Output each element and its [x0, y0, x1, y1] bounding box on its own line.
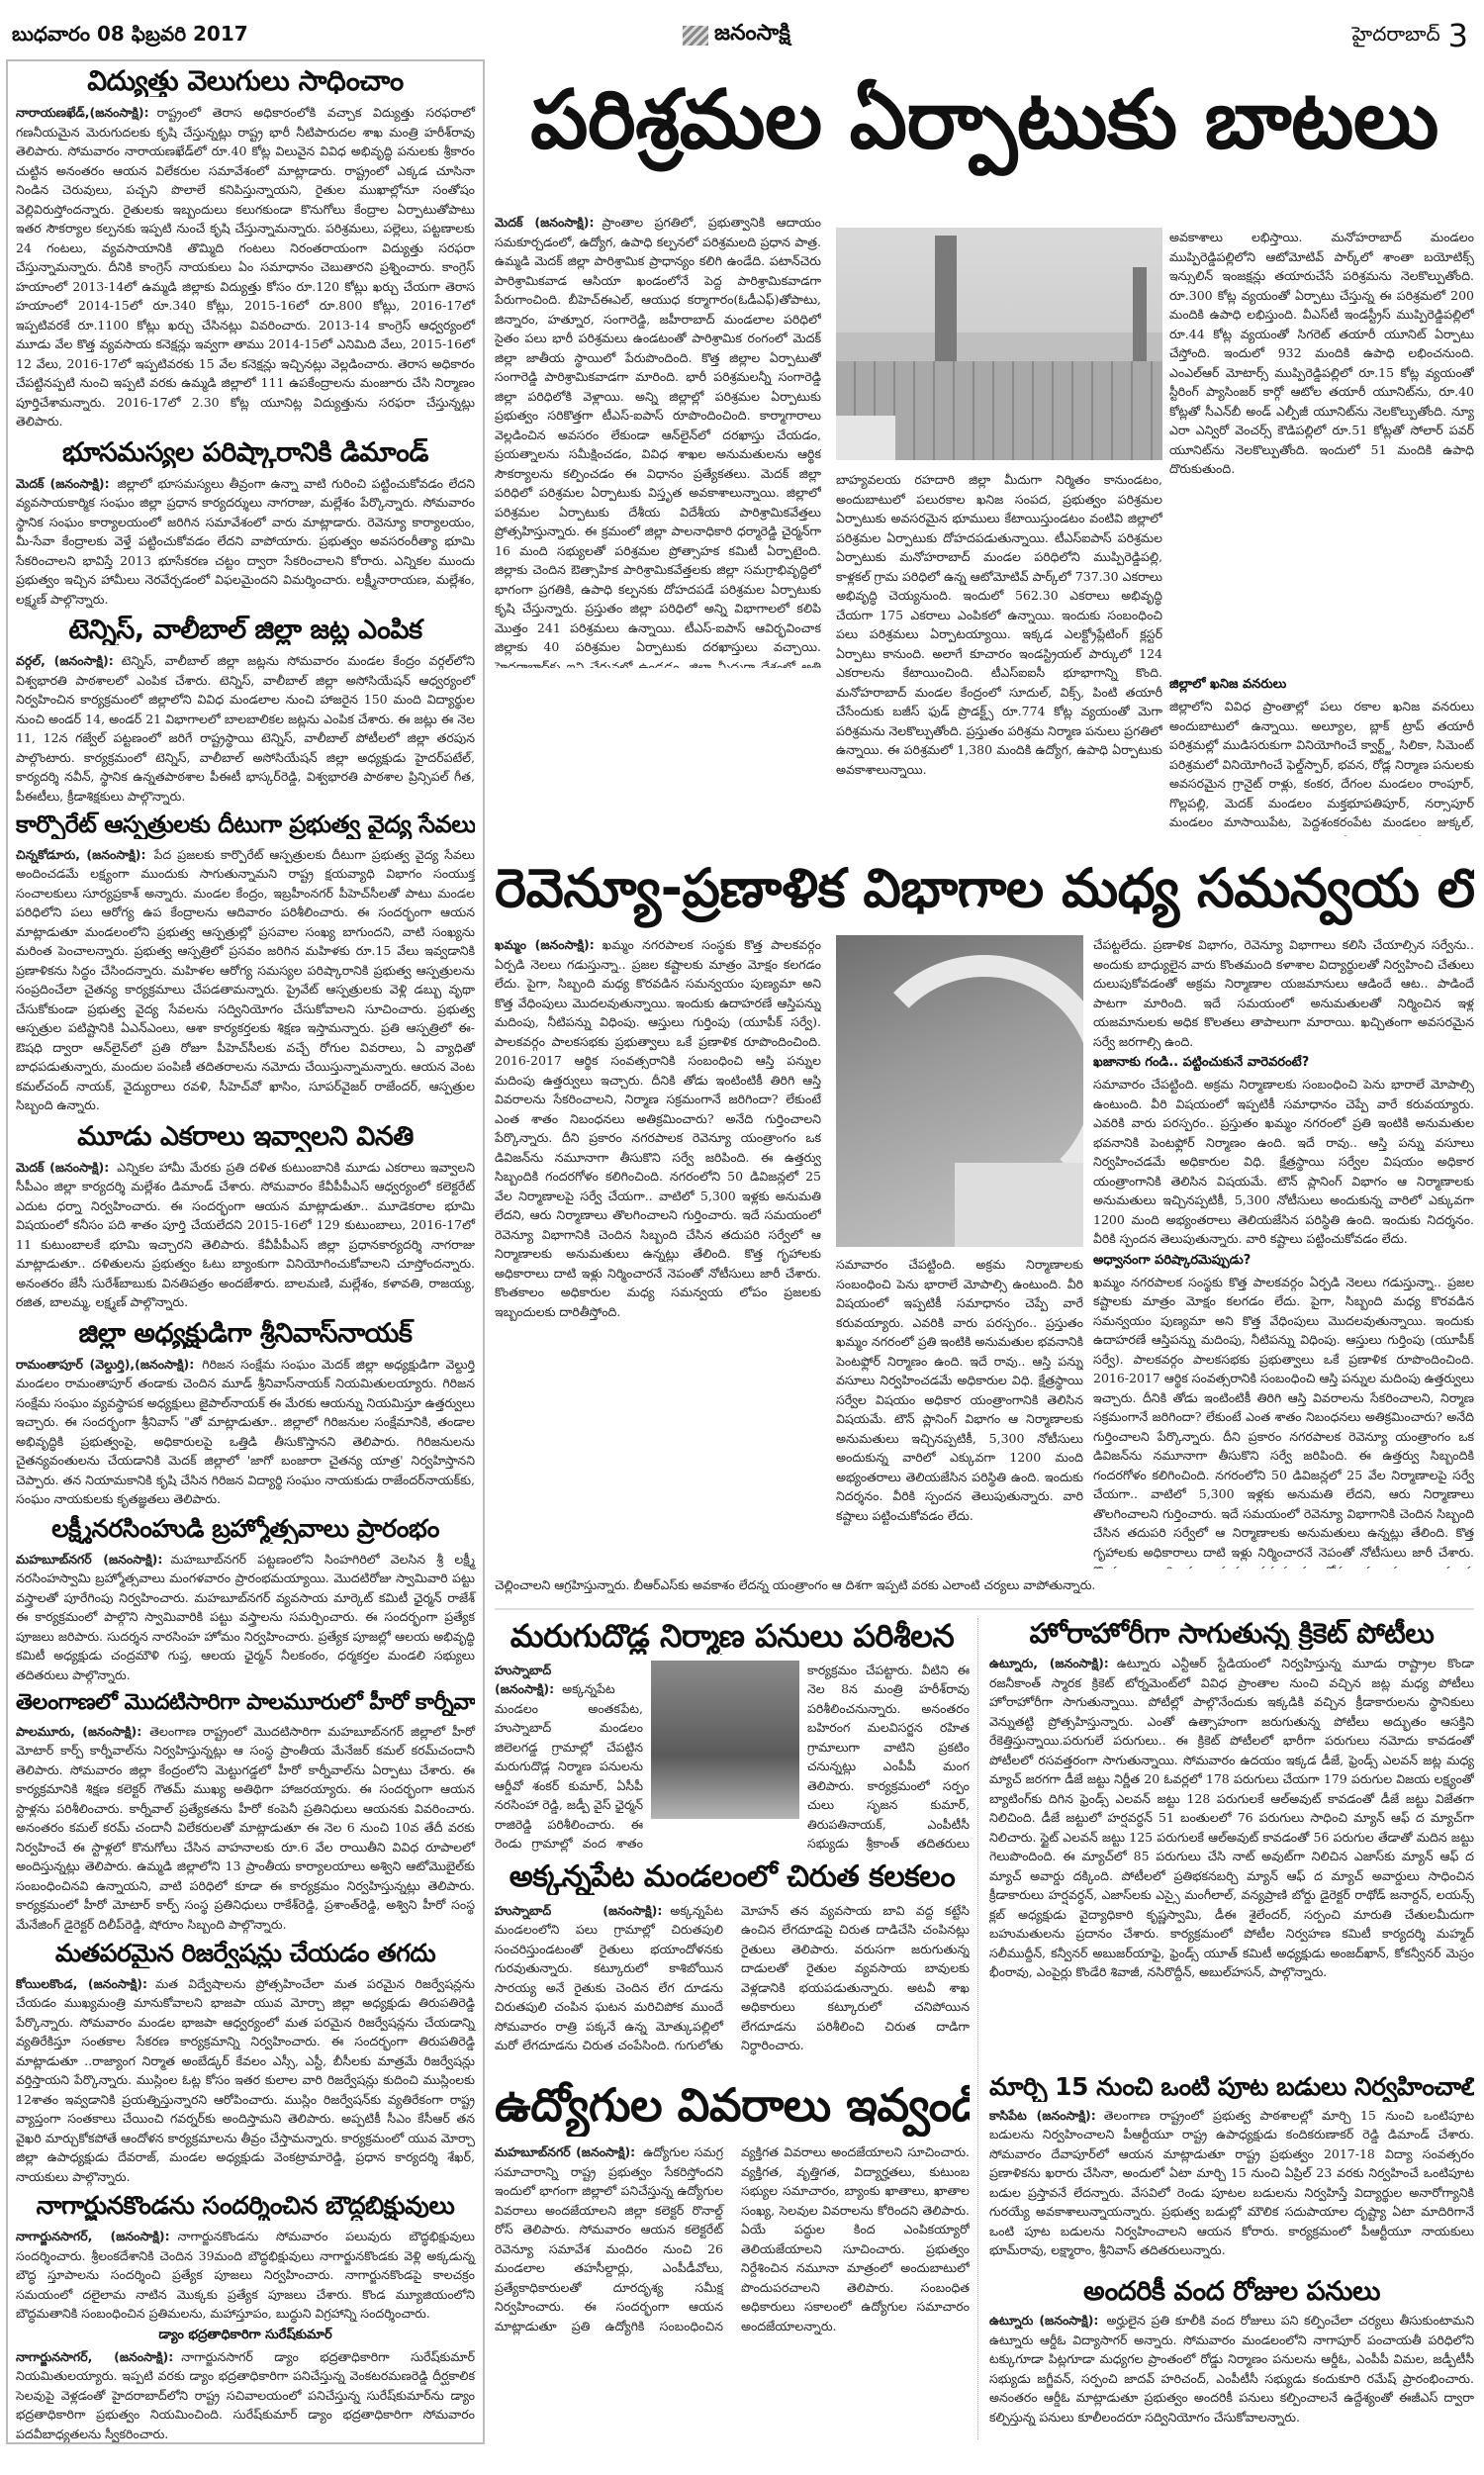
chimney-shape	[935, 236, 957, 374]
article-body: మత విద్వేషాలను ప్రోత్సహించేలా మత పరమైన ర…	[16, 1976, 475, 2184]
article-employee-details: ఉద్యోగుల వివరాలు ఇవ్వండి మహబూబ్‌నగర్ (జన…	[495, 2073, 970, 2439]
lead-body-left: మెదక్ (జనంసాక్షి):ప్రాంతాల ప్రగతిలో, ప్ర…	[495, 213, 821, 668]
bottom-right-divider	[977, 1618, 978, 2439]
article-body: ప్రాంతాల ప్రగతిలో, ప్రభుత్వానికి ఆదాయం స…	[495, 215, 821, 668]
article-body: సమావారం చేపట్టింది. అక్రమ నిర్మాణాలకు సం…	[1093, 1075, 1474, 1249]
headline: జిల్లా అధ్యక్షుడిగా శ్రీనివాస్‌నాయక్	[16, 1318, 475, 1349]
lead-body-middle: బాహ్యవలయ రహదారి జిల్లా మీదుగా నిర్మితం క…	[836, 470, 1162, 836]
headline: ఉద్యోగుల వివరాలు ఇవ్వండి	[495, 2073, 970, 2137]
second-closing-line: చెల్లించాలని ఆగ్రహిస్తున్నారు. బీఆర్ఎస్‌…	[495, 1575, 1474, 1595]
article-brahmotsavam: లక్ష్మీనరసింహుడి బ్రహ్మోత్సవాలు ప్రారంభం…	[16, 1515, 475, 1684]
headline: మూడు ఎకరాలు ఇవ్వాలని వినతి	[16, 1121, 475, 1152]
article-hero-carnival: తెలంగాణలో మొదటిసారిగా పాలమూరులో హీరో కార…	[16, 1690, 475, 1934]
municipal-office-gate-photo	[836, 935, 1083, 1247]
building-shape	[955, 1163, 1083, 1247]
dateline: నారాయణఖేడ్,(జనంసాక్షి):	[16, 105, 149, 120]
sub-headline: జిల్లాలో ఖనిజ వనరులు	[1169, 677, 1474, 695]
second-body-right: చేపట్టలేదు. ప్రణాళిక విభాగం, రెవెన్యూ వి…	[1093, 935, 1474, 1569]
article-body: ఎన్నికల హామీ మేరకు ప్రతి దళిత కుటుంబానిక…	[16, 1160, 475, 1310]
article-cricket: హోరాహోరీగా సాగుతున్న క్రికెట్ పోటీలు ఉట్…	[989, 1618, 1474, 2068]
dateline: రామంతాపూర్ (వెల్దుర్తి),(జనంసాక్షి):	[16, 1357, 194, 1372]
headline: విద్యుత్తు వెలుగులు సాధించాం	[16, 65, 475, 97]
article-body: టెన్నిస్, వాలీబాల్ జిల్లా జట్లను సోమవారం…	[16, 653, 475, 804]
sub-headline: అధ్వానంగా పరిష్కారమెప్పుడు?	[1093, 1253, 1474, 1271]
page-number: 3	[1448, 17, 1468, 54]
article-body: బాహ్యవలయ రహదారి జిల్లా మీదుగా నిర్మితం క…	[836, 472, 1162, 777]
dateline: నాగార్జునసాగర్, (జనంసాక్షి):	[16, 2349, 173, 2364]
headline: మతపరమైన రిజర్వేషన్లు చేయడం తగదు	[16, 1940, 475, 1968]
toilet-construction-inspection-photo	[651, 1661, 799, 1819]
headline: లక్ష్మీనరసింహుడి బ్రహ్మోత్సవాలు ప్రారంభం	[16, 1515, 475, 1544]
article-body: చేపట్టలేదు. ప్రణాళిక విభాగం, రెవెన్యూ వి…	[1093, 935, 1474, 1051]
second-body-middle: సమావారం చేపట్టింది. అక్రమ నిర్మాణాలకు సం…	[836, 1255, 1083, 1571]
dateline: చిన్నకోడూరు, (జనంసాక్షి):	[16, 847, 145, 862]
dateline: వర్గల్, (జనంసాక్షి):	[16, 653, 114, 668]
dateline: ఖమ్మం (జనంసాక్షి):	[495, 937, 595, 952]
article-leopard: అక్కన్నపేట మండలంలో చిరుత కలకలం హుస్నాబాద…	[495, 1860, 970, 2063]
lead-headline: పరిశ్రమల ఏర్పాటుకు బాటలు	[495, 61, 1474, 180]
article-body: సమావారం చేపట్టింది. అక్రమ నిర్మాణాలకు సం…	[836, 1257, 1083, 1523]
headline: భూసమస్యల పరిష్కారానికి డిమాండ్	[16, 437, 475, 468]
chimney-shape	[1133, 267, 1147, 376]
dateline: మెదక్ (జనంసాక్షి):	[16, 476, 110, 491]
article-tennis-volleyball: టెన్నిస్, వాలీబాల్ జిల్లా జట్ల ఎంపిక వర్…	[16, 615, 475, 806]
article-buddhist-monks: నాగార్జునకొండను సందర్శించిన బౌద్ధబిక్షువ…	[16, 2192, 475, 2443]
article-body: అక్కన్నపేట మండలంలోని పలు గ్రామాల్లో చిరు…	[495, 1903, 970, 2053]
headline: నాగార్జునకొండను సందర్శించిన బౌద్ధబిక్షువ…	[16, 2192, 475, 2221]
headline: హోరాహోరీగా సాగుతున్న క్రికెట్ పోటీలు	[989, 1618, 1474, 1650]
dateline: హుస్నాబాద్ (జనంసాక్షి):	[495, 1903, 662, 1918]
headline: అందరికీ వంద రోజుల పనులు	[989, 2276, 1474, 2307]
article-body: ఖమ్మం నగరపాలక సంస్థకు కొత్త పాలకవర్గం ఏర…	[1093, 1273, 1474, 1570]
article-religious-reservations: మతపరమైన రిజర్వేషన్లు చేయడం తగదు కోయిలకొం…	[16, 1940, 475, 2186]
article-half-day-schools: మార్చి 15 నుంచి ఒంటి పూట బడులు నిర్వహించ…	[989, 2073, 1474, 2276]
dateline: ఉట్నూరు, (జనంసాక్షి):	[989, 1656, 1109, 1670]
lead-body-right: అవకాశాలు లభిస్తాయి. మనోహరాబాద్ మండలం ముప…	[1169, 228, 1474, 668]
article-body: జిల్లాలోని వివిధ ప్రాంతాల్లో పలు రకాల ఖన…	[1169, 697, 1474, 836]
headline: కార్పొరేట్ ఆస్పత్రులకు దీటుగా ప్రభుత్వ వ…	[16, 811, 475, 839]
dateline: మెదక్ (జనంసాక్షి):	[16, 1160, 109, 1175]
headline: తెలంగాణలో మొదటిసారిగా పాలమూరులో హీరో కార…	[16, 1690, 475, 1715]
article-district-president: జిల్లా అధ్యక్షుడిగా శ్రీనివాస్‌నాయక్ రామ…	[16, 1318, 475, 1509]
article-body: అక్కన్నపేట మండలం అంతకపేట, హుస్నాబాద్ మండ…	[495, 1681, 643, 1856]
article-body: తెలంగాణ రాష్ట్రంలో మొదటిసారిగా మహబూబ్‌నగ…	[16, 1724, 475, 1932]
city-name: హైదరాబాద్	[1352, 22, 1440, 50]
dateline: హుస్నాబాద్ (జనంసాక్షి):	[495, 1663, 554, 1697]
article-body: తెలంగాణ రాష్ట్రంలో ప్రభుత్వ పాఠశాలల్లో మ…	[989, 2108, 1474, 2258]
sub-headline: ఖజానాకు గండి.. పట్టించుకునే వారెవరంటే?	[1093, 1055, 1474, 1073]
dateline: మహబూబ్‌నగర్ (జనంసాక్షి):	[495, 2144, 635, 2159]
dateline: మెదక్ (జనంసాక్షి):	[495, 215, 595, 230]
headline: మార్చి 15 నుంచి ఒంటి పూట బడులు నిర్వహించ…	[989, 2073, 1474, 2102]
sub-headline: డ్యాం భద్రతాధికారిగా సురేష్‌కుమార్	[16, 2328, 475, 2345]
article-body: అర్హులైన ప్రతి కూలీకి వంద రోజులు పని కల్…	[989, 2313, 1474, 2425]
dateline: మహబూబ్‌నగర్ (జనంసాక్షి):	[16, 1552, 162, 1567]
factory-photo	[836, 228, 1162, 460]
headline: మరుగుదొడ్ల నిర్మాణ పనులు పరిశీలన	[495, 1618, 970, 1655]
article-body: ఖమ్మం నగరపాలక సంస్థకు కొత్త పాలకవర్గం ఏర…	[495, 937, 821, 1319]
headline: అక్కన్నపేట మండలంలో చిరుత కలకలం	[495, 1860, 970, 1895]
masthead-logo: జనంసాక్షి	[683, 14, 790, 57]
second-headline: రెవెన్యూ-ప్రణాళిక విభాగాల మధ్య సమన్వయ లో…	[495, 849, 1474, 928]
article-three-acres: మూడు ఎకరాలు ఇవ్వాలని వినతి మెదక్ (జనంసాక…	[16, 1121, 475, 1312]
page-locator: హైదరాబాద్ 3	[1352, 14, 1468, 57]
article-govt-medical: కార్పొరేట్ ఆస్పత్రులకు దీటుగా ప్రభుత్వ వ…	[16, 811, 475, 1115]
article-electricity: విద్యుత్తు వెలుగులు సాధించాం నారాయణఖేడ్,…	[16, 65, 475, 431]
left-news-column: విద్యుత్తు వెలుగులు సాధించాం నారాయణఖేడ్,…	[6, 59, 485, 2444]
lead-mineral-section: జిల్లాలో ఖనిజ వనరులు జిల్లాలోని వివిధ ప్…	[1169, 673, 1474, 836]
article-body: జిల్లాలో భూసమస్యలు తీవ్రంగా ఉన్నా వాటి గ…	[16, 476, 475, 607]
article-body: ఉద్యోగుల సమగ్ర సమాచారాన్ని రాష్ట్ర ప్రభు…	[495, 2144, 970, 2333]
headline: టెన్నిస్, వాలీబాల్ జిల్లా జట్ల ఎంపిక	[16, 615, 475, 645]
dateline: ఉట్నూరు (జనంసాక్షి):	[989, 2313, 1098, 2328]
second-body-left: ఖమ్మం (జనంసాక్షి):ఖమ్మం నగరపాలక సంస్థకు …	[495, 935, 821, 1569]
logo-icon	[683, 26, 708, 46]
article-body: గిరిజన సంక్షేమ సంఘం మెదక్ జిల్లా అధ్యక్ష…	[16, 1357, 475, 1507]
article-body: అవకాశాలు లభిస్తాయి. మనోహరాబాద్ మండలం ముప…	[1169, 230, 1474, 476]
article-body: మహబూబ్‌నగర్ పట్టణంలోని సింహగిరిలో వెలసిన…	[16, 1552, 475, 1682]
article-hundred-days-work: అందరికీ వంద రోజుల పనులు ఉట్నూరు (జనంసాక్…	[989, 2276, 1474, 2444]
article-body: రాష్ట్రంలో తెరాస అధికారంలోకి వచ్చాక విద్…	[16, 105, 475, 428]
article-body: పేద ప్రజలకు కార్పొరేట్ ఆస్పత్రులకు దీటుగ…	[16, 847, 475, 1113]
section-divider	[495, 1608, 1474, 1610]
article-body: ఉట్నూరు ఎన్టీఆర్ స్టేడియంలో నిర్వహిస్తున…	[989, 1656, 1474, 1979]
logo-text: జనంసాక్షి	[714, 21, 790, 50]
article-land-issues: భూసమస్యల పరిష్కారానికి డిమాండ్ మెదక్ (జన…	[16, 437, 475, 610]
dateline: కోయిలకొండ, (జనంసాక్షి):	[16, 1976, 147, 1991]
issue-date: బుధవారం 08 ఫిబ్రవరి 2017	[12, 14, 248, 57]
article-body: కార్యక్రమం చేపట్టారు. వీటిని ఈ నెల 8న మం…	[807, 1661, 970, 1856]
dateline: పాలమూరు, (జనంసాక్షి):	[16, 1724, 141, 1739]
dateline: కాసిపేట (జనంసాక్షి):	[989, 2108, 1096, 2123]
dateline: నాగార్జునసాగర్, (జనంసాక్షి):	[16, 2229, 170, 2243]
building-shape	[836, 416, 895, 460]
article-toilets: మరుగుదొడ్ల నిర్మాణ పనులు పరిశీలన హుస్నాబ…	[495, 1618, 970, 1856]
